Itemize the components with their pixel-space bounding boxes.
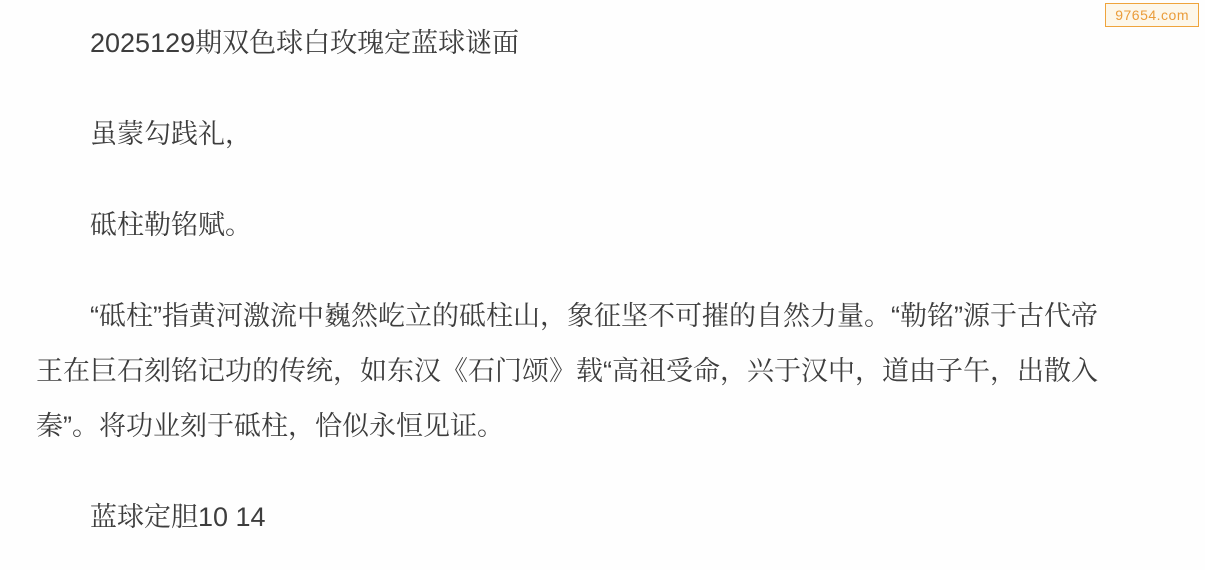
article-body: 2025129期双色球白玫瑰定蓝球谜面 虽蒙勾践礼， 砥柱勒铭赋。 “砥柱”指黄… <box>0 0 1205 545</box>
verse-line-1: 虽蒙勾践礼， <box>36 107 1180 162</box>
explanation-line-3: 秦”。将功业刻于砥柱，恰似永恒见证。 <box>36 399 1180 454</box>
article-title: 2025129期双色球白玫瑰定蓝球谜面 <box>36 16 1180 71</box>
explanation-line-1: “砥柱”指黄河激流中巍然屹立的砥柱山，象征坚不可摧的自然力量。“勒铭”源于古代帝 <box>36 289 1180 344</box>
explanation-paragraph: “砥柱”指黄河激流中巍然屹立的砥柱山，象征坚不可摧的自然力量。“勒铭”源于古代帝… <box>36 289 1180 454</box>
explanation-line-2: 王在巨石刻铭记功的传统，如东汉《石门颂》载“高祖受命，兴于汉中，道由子午，出散入 <box>36 344 1180 399</box>
site-watermark-badge: 97654.com <box>1105 3 1199 27</box>
blue-ball-prediction: 蓝球定胆10 14 <box>36 490 1180 545</box>
verse-line-2: 砥柱勒铭赋。 <box>36 198 1180 253</box>
